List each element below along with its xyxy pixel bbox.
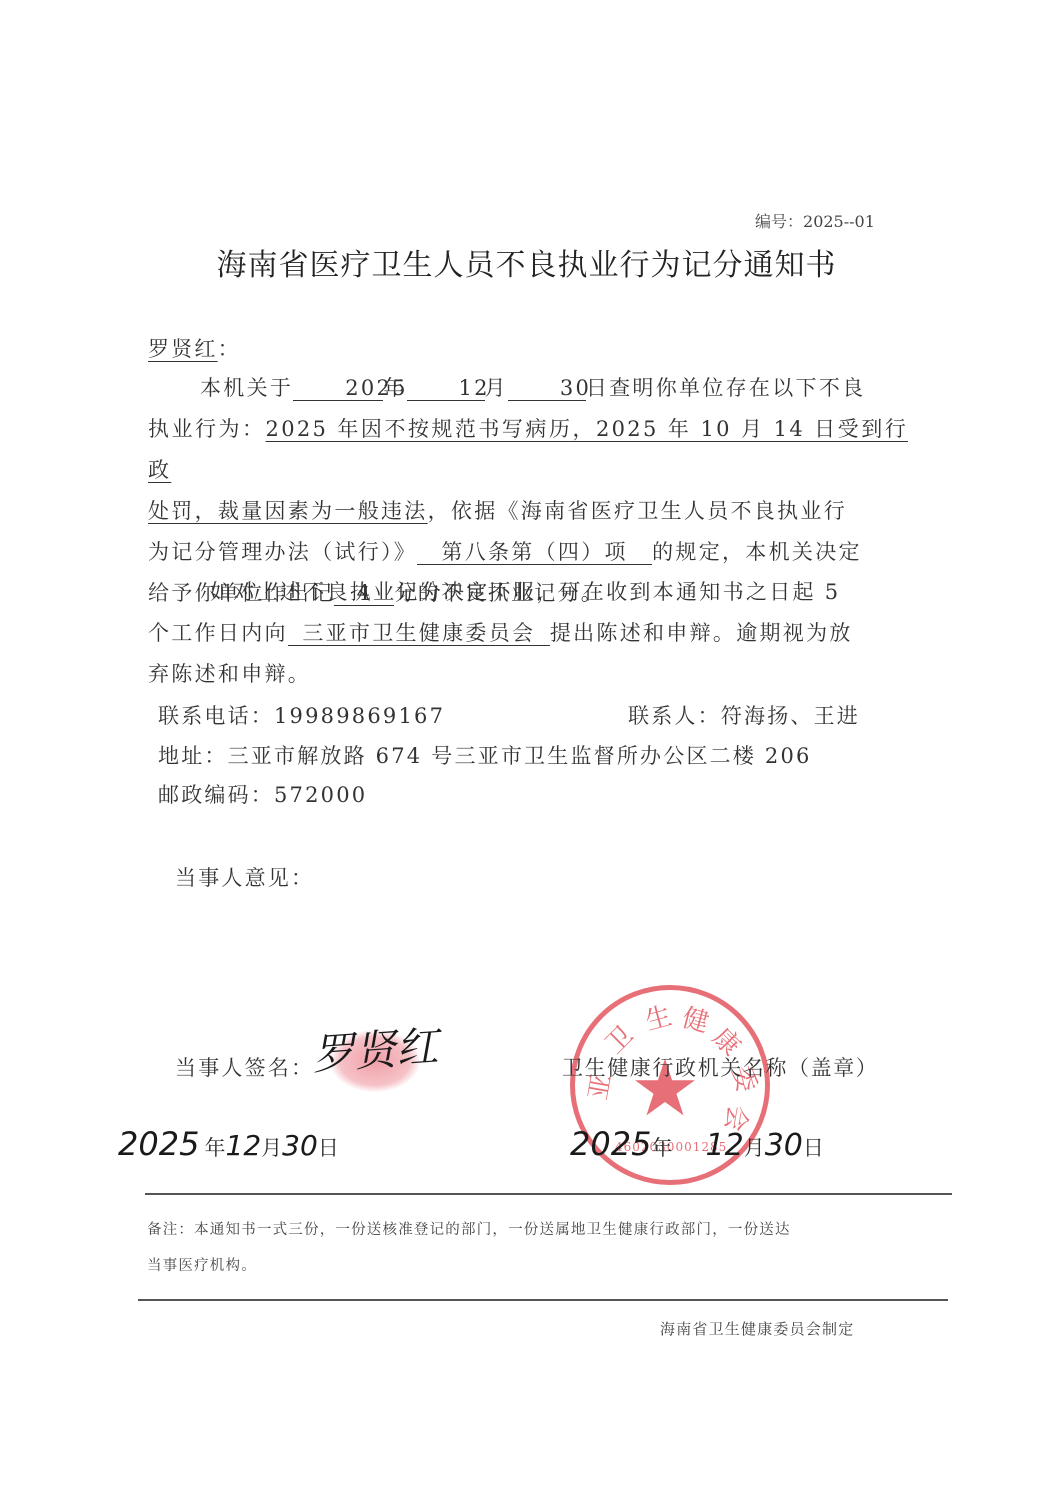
divider-bottom <box>138 1299 948 1301</box>
seal-char: 生 <box>641 995 676 1037</box>
contact-postal: 邮政编码：572000 <box>158 779 367 809</box>
serial-label: 编号： <box>755 212 803 231</box>
month-unit: 月 <box>485 376 508 400</box>
phone-number: 19989869167 <box>274 704 445 728</box>
appeal-tail: 提出陈述和申辩。逾期视为放 <box>550 621 853 645</box>
paragraph-appeal: 如对上述不良执业记分决定不服，可在收到本通知书之日起 5 个工作日内向三亚市卫生… <box>148 572 908 695</box>
party-opinion-label: 当事人意见： <box>175 862 314 892</box>
party-signature: 罗贤红 <box>310 1014 440 1083</box>
address-label: 地址： <box>158 744 228 768</box>
violation-text-cont: 处罚，裁量因素为一般违法 <box>148 499 428 523</box>
after-article: 的规定，本机关决定 <box>652 540 862 564</box>
finding-lead: 本机关于 <box>200 376 293 400</box>
finding-year: 2025 <box>293 376 383 401</box>
phone-label: 联系电话： <box>158 704 274 728</box>
postal-label: 邮政编码： <box>158 783 274 807</box>
seal-char: 健 <box>679 997 714 1039</box>
appeal-line-3: 弃陈述和申辩。 <box>148 654 908 695</box>
remark-line-1: 备注：本通知书一式三份，一份送核准登记的部门，一份送属地卫生健康行政部门，一份送… <box>147 1218 791 1239</box>
contact-address: 地址：三亚市解放路 674 号三亚市卫生监督所办公区二楼 206 <box>158 740 812 770</box>
recipient-name: 罗贤红 <box>148 337 218 361</box>
person-label: 联系人： <box>628 704 721 728</box>
appeal-lead: 个工作日内向 <box>148 621 288 645</box>
party-date: 2025 年12月30日 <box>118 1125 339 1163</box>
party-date-month-unit: 月 <box>261 1136 282 1160</box>
issuer: 海南省卫生健康委员会制定 <box>660 1318 854 1339</box>
party-date-day-unit: 日 <box>318 1136 339 1160</box>
finding-line-3: 处罚，裁量因素为一般违法，依据《海南省医疗卫生人员不良执业行 <box>148 491 908 532</box>
finding-after-date: 日查明你单位存在以下不良 <box>586 376 866 400</box>
finding-line-2: 执业行为：2025 年因不按规范书写病历，2025 年 10 月 14 日受到行… <box>148 409 908 491</box>
year-unit: 年 <box>383 376 406 400</box>
violation-lead: 执业行为： <box>148 417 266 441</box>
authority-date-year: 2025 <box>570 1125 651 1163</box>
serial-value: 2025--01 <box>803 212 875 231</box>
authority-date-day: 30 <box>765 1128 803 1163</box>
authority-date-day-unit: 日 <box>803 1136 824 1160</box>
appeal-line-2: 个工作日内向三亚市卫生健康委员会提出陈述和申辩。逾期视为放 <box>148 613 908 654</box>
regulation-name: 为记分管理办法（试行）》 <box>148 540 417 564</box>
person-names: 符海扬、王进 <box>721 704 860 728</box>
authority-date-month: 12 <box>706 1128 744 1163</box>
appeal-authority: 三亚市卫生健康委员会 <box>288 621 550 646</box>
contact-person: 联系人：符海扬、王进 <box>628 700 860 730</box>
party-signature-label: 当事人签名： <box>175 1052 314 1082</box>
divider-top <box>145 1193 952 1195</box>
article-reference: 第八条第（四）项 <box>417 540 652 565</box>
party-date-month: 12 <box>226 1129 262 1162</box>
finding-line-1: 本机关于2025年12月30日查明你单位存在以下不良 <box>148 368 908 409</box>
address-value: 三亚市解放路 674 号三亚市卫生监督所办公区二楼 206 <box>228 744 812 768</box>
authority-date-month-unit: 月 <box>744 1136 765 1160</box>
page-title: 海南省医疗卫生人员不良执业行为记分通知书 <box>0 240 1053 284</box>
postal-code: 572000 <box>274 783 367 807</box>
finding-month: 12 <box>407 376 485 401</box>
appeal-line-1: 如对上述不良执业记分决定不服，可在收到本通知书之日起 5 <box>148 572 908 613</box>
party-date-year-unit: 年 <box>205 1136 226 1160</box>
party-date-day: 30 <box>282 1129 318 1162</box>
authority-date-year-unit: 年 <box>651 1136 672 1160</box>
authority-date: 2025年 12月30日 <box>570 1125 824 1163</box>
recipient-colon: ： <box>218 337 241 361</box>
serial-number: 编号：2025--01 <box>755 209 875 232</box>
remark-line-2: 当事医疗机构。 <box>147 1254 257 1275</box>
authority-seal-label: 卫生健康行政机关名称（盖章） <box>562 1052 878 1082</box>
basis-lead: ，依据《海南省医疗卫生人员不良执业行 <box>428 499 847 523</box>
finding-line-4: 为记分管理办法（试行）》第八条第（四）项的规定，本机关决定 <box>148 532 908 573</box>
party-date-year: 2025 <box>118 1125 199 1163</box>
contact-phone: 联系电话：19989869167 <box>158 700 445 730</box>
finding-day: 30 <box>508 376 586 401</box>
recipient-line: 罗贤红： <box>148 333 241 363</box>
